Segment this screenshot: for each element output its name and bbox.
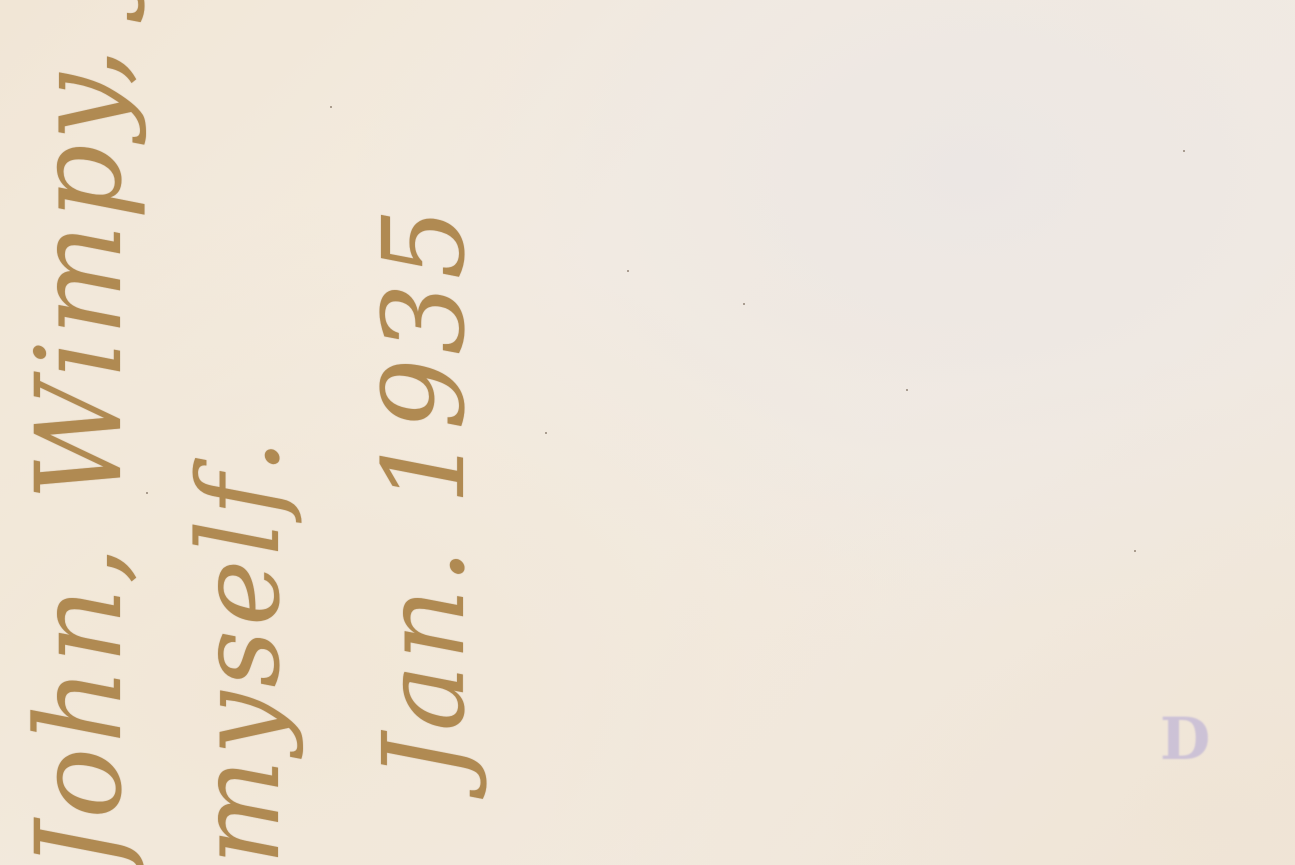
handwritten-line-date: Jan. 1935 <box>360 204 490 780</box>
photo-card-back: John, Wimpy, Joe and myself. Jan. 1935 D <box>0 0 1295 865</box>
paper-speck <box>330 106 332 108</box>
handwritten-line-names: John, Wimpy, Joe and <box>10 0 148 865</box>
stamp-mark: D <box>1160 705 1210 773</box>
paper-speck <box>627 270 629 272</box>
paper-speck <box>1134 550 1136 552</box>
paper-speck <box>146 492 148 494</box>
paper-speck <box>545 432 547 434</box>
paper-speck <box>1183 150 1185 152</box>
paper-speck <box>906 389 908 391</box>
paper-speck <box>743 303 745 305</box>
handwritten-line-myself: myself. <box>175 435 305 865</box>
